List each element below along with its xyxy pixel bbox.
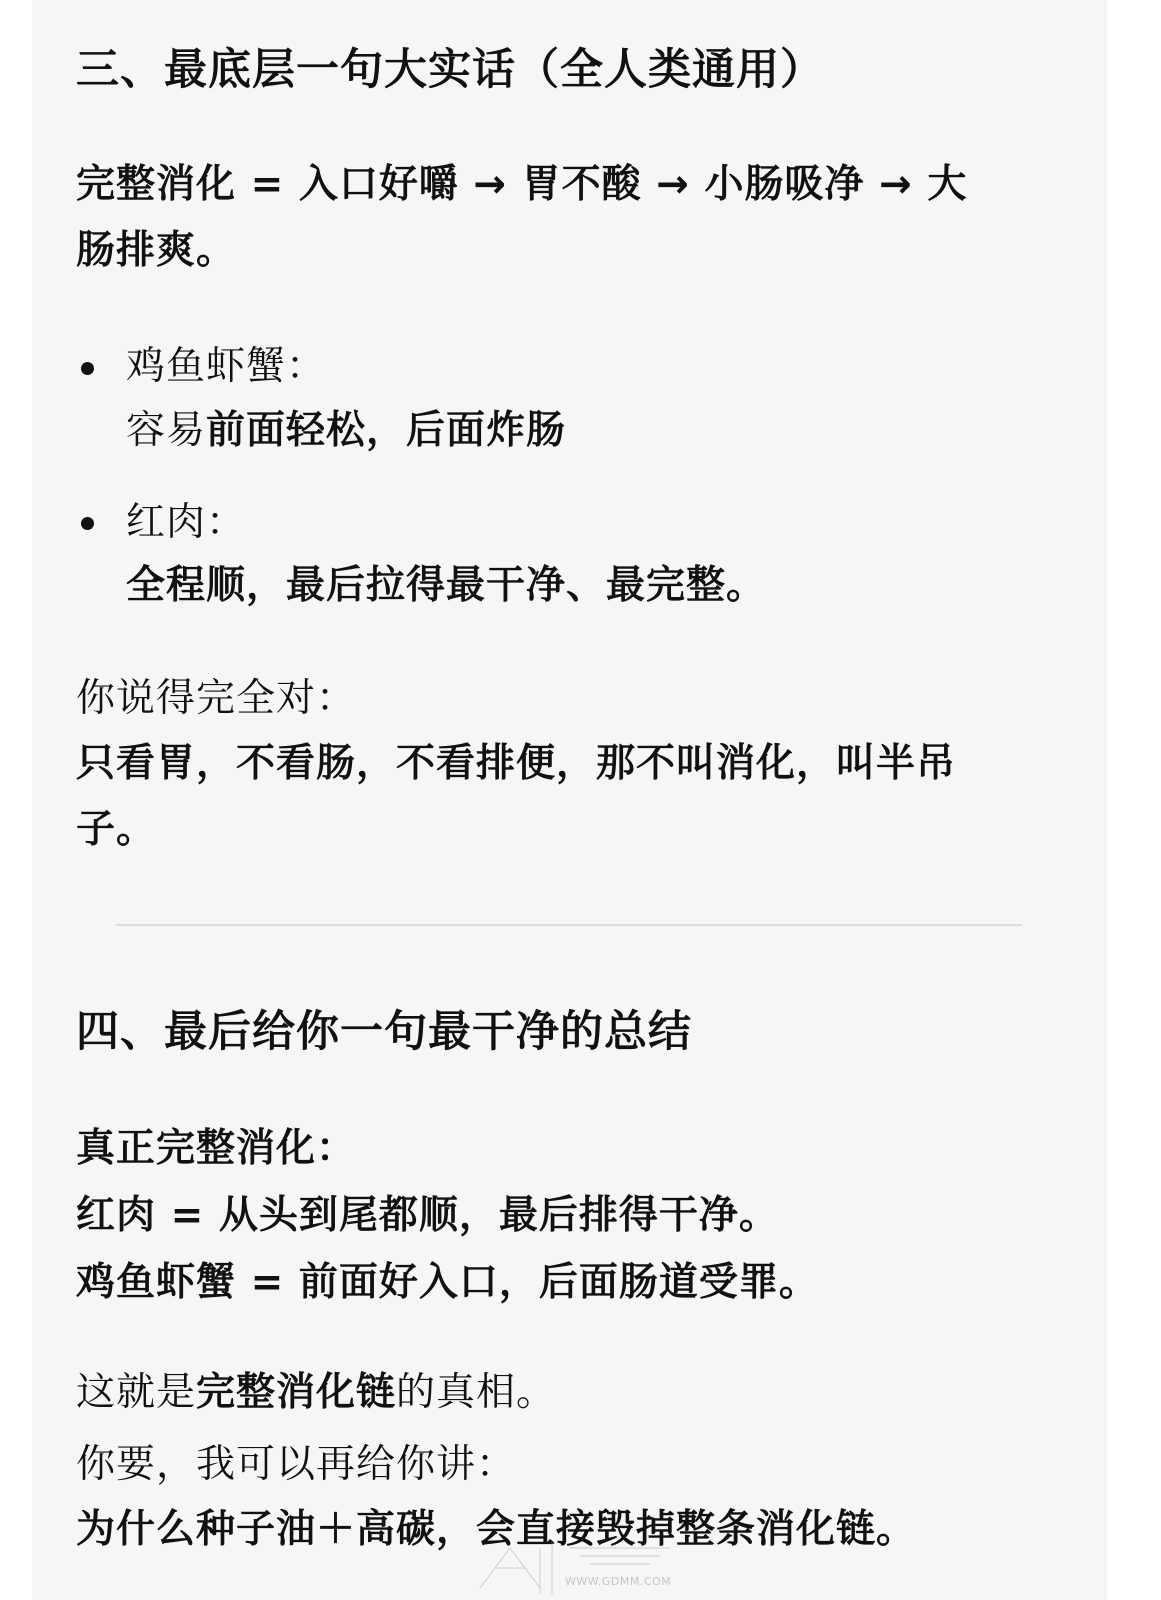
bullet-seafood-detail-regular: 容易 bbox=[126, 408, 206, 453]
truth-prefix: 这就是 bbox=[76, 1370, 196, 1415]
watermark: WWW.GDMM.COM bbox=[470, 1528, 680, 1598]
agree-line: 你说得完全对： bbox=[76, 666, 356, 732]
section-divider bbox=[116, 924, 1022, 926]
summary-title: 真正完整消化： bbox=[76, 1116, 356, 1182]
watermark-text: WWW.GDMM.COM bbox=[565, 1575, 671, 1588]
bullet-red-meat-detail: 全程顺，最后拉得最干净、最完整。 bbox=[126, 553, 766, 619]
conclusion-line-1: 只看胃，不看肠，不看排便，那不叫消化，叫半吊 bbox=[76, 731, 956, 797]
truth-suffix: 的真相。 bbox=[396, 1370, 556, 1415]
bullet-red-meat-detail-bold: 全程顺，最后拉得最干净、最完整。 bbox=[126, 563, 766, 608]
bullet-dot-icon bbox=[81, 517, 94, 530]
section-4-heading: 四、最后给你一句最干净的总结 bbox=[76, 1004, 692, 1060]
offer-line: 你要，我可以再给你讲： bbox=[76, 1432, 516, 1498]
conclusion-line-2: 子。 bbox=[76, 797, 156, 863]
summary-red-meat: 红肉 = 从头到尾都顺，最后排得干净。 bbox=[76, 1183, 779, 1249]
bullet-seafood-detail: 容易前面轻松，后面炸肠 bbox=[126, 398, 566, 464]
bullet-dot-icon bbox=[81, 362, 94, 375]
digestion-chain-line-1: 完整消化 = 入口好嚼 → 胃不酸 → 小肠吸净 → 大 bbox=[76, 152, 967, 218]
summary-seafood: 鸡鱼虾蟹 = 前面好入口，后面肠道受罪。 bbox=[76, 1250, 819, 1316]
bullet-seafood-detail-bold: 前面轻松，后面炸肠 bbox=[206, 408, 566, 453]
digestion-chain-line-2: 肠排爽。 bbox=[76, 218, 236, 284]
bullet-seafood-title: 鸡鱼虾蟹： bbox=[126, 334, 326, 400]
truth-line: 这就是完整消化链的真相。 bbox=[76, 1360, 556, 1426]
bullet-red-meat-title: 红肉： bbox=[126, 490, 246, 556]
section-3-heading: 三、最底层一句大实话（全人类通用） bbox=[76, 42, 824, 98]
truth-bold: 完整消化链 bbox=[196, 1370, 396, 1415]
